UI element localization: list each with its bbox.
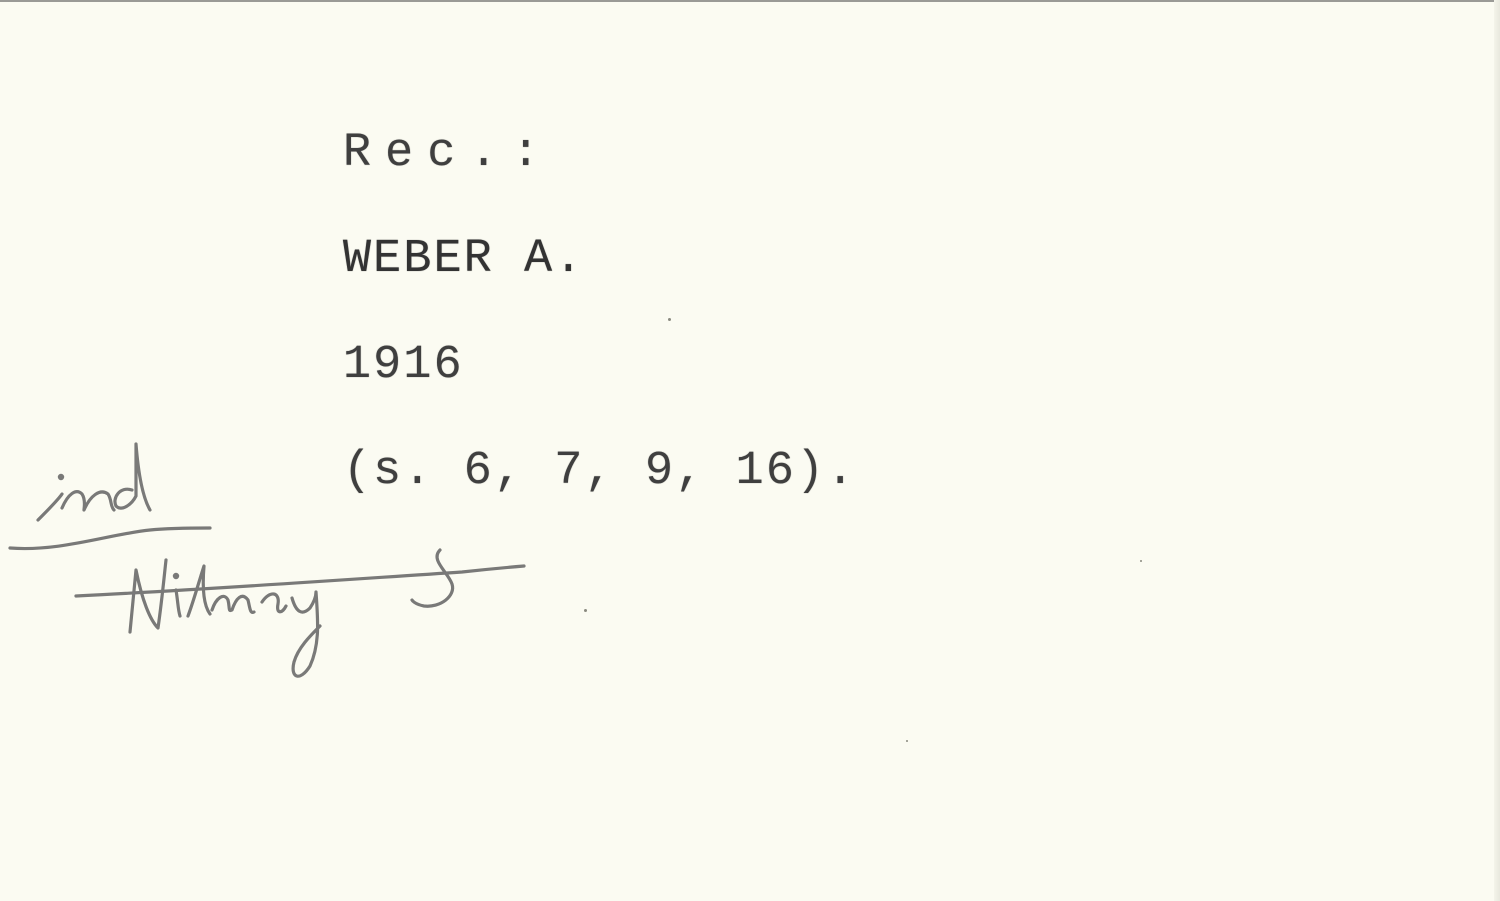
paper-speck bbox=[906, 740, 908, 742]
card-edge bbox=[1494, 0, 1500, 901]
paper-speck bbox=[584, 609, 587, 612]
paper-speck bbox=[668, 318, 671, 321]
handwritten-annotation bbox=[0, 430, 600, 690]
pencil-handwriting bbox=[0, 430, 600, 690]
year: 1916 bbox=[343, 339, 464, 392]
author-name: WEBER A. bbox=[343, 233, 585, 286]
paper-speck bbox=[1140, 560, 1142, 562]
rec-label: Rec.: bbox=[343, 127, 554, 180]
catalog-card: Rec.: WEBER A. 1916 (s. 6, 7, 9, 16). bbox=[0, 0, 1500, 901]
